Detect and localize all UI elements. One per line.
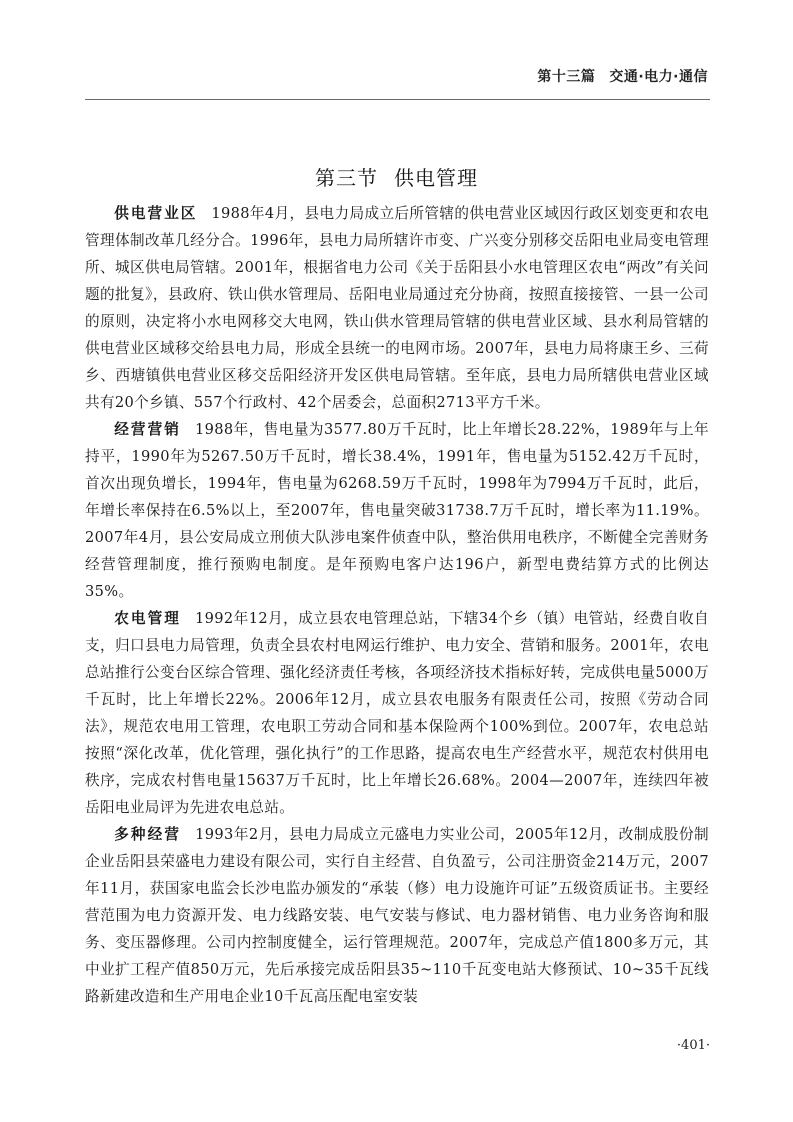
paragraph-text: 1988年4月，县电力局成立后所管辖的供电营业区域因行政区划变更和农电管理体制改… [85, 205, 709, 411]
section-title: 第三节供电管理 [0, 162, 793, 191]
paragraph-heading: 供电营业区 [114, 205, 197, 222]
page-number: ·401· [640, 1038, 710, 1053]
running-header: 第十三篇交通·电力·通信 [85, 66, 708, 88]
paragraph-rural-power: 农电管理1992年12月，成立县农电管理总站，下辖34个乡（镇）电管站，经费自收… [85, 605, 709, 821]
paragraph-heading: 农电管理 [114, 610, 181, 627]
paragraph-diversified-business: 多种经营1993年2月，县电力局成立元盛电力实业公司，2005年12月，改制成股… [85, 821, 709, 1010]
section-name: 供电管理 [394, 166, 478, 190]
paragraph-text: 1993年2月，县电力局成立元盛电力实业公司，2005年12月，改制成股份制企业… [85, 826, 709, 1005]
paragraph-heading: 经营营销 [114, 421, 181, 438]
paragraph-heading: 多种经营 [114, 826, 181, 843]
section-number: 第三节 [315, 166, 378, 190]
paragraph-text: 1992年12月，成立县农电管理总站，下辖34个乡（镇）电管站，经费自收自支，归… [85, 610, 709, 816]
running-header-subject: 交通·电力·通信 [609, 69, 708, 85]
body-text: 供电营业区1988年4月，县电力局成立后所管辖的供电营业区域因行政区划变更和农电… [85, 200, 709, 1010]
running-header-part: 第十三篇 [537, 69, 595, 85]
paragraph-marketing: 经营营销1988年，售电量为3577.80万千瓦时，比上年增长28.22%，19… [85, 416, 709, 605]
paragraph-supply-area: 供电营业区1988年4月，县电力局成立后所管辖的供电营业区域因行政区划变更和农电… [85, 200, 709, 416]
header-rule [85, 99, 710, 100]
paragraph-text: 1988年，售电量为3577.80万千瓦时，比上年增长28.22%，1989年与… [85, 421, 709, 600]
